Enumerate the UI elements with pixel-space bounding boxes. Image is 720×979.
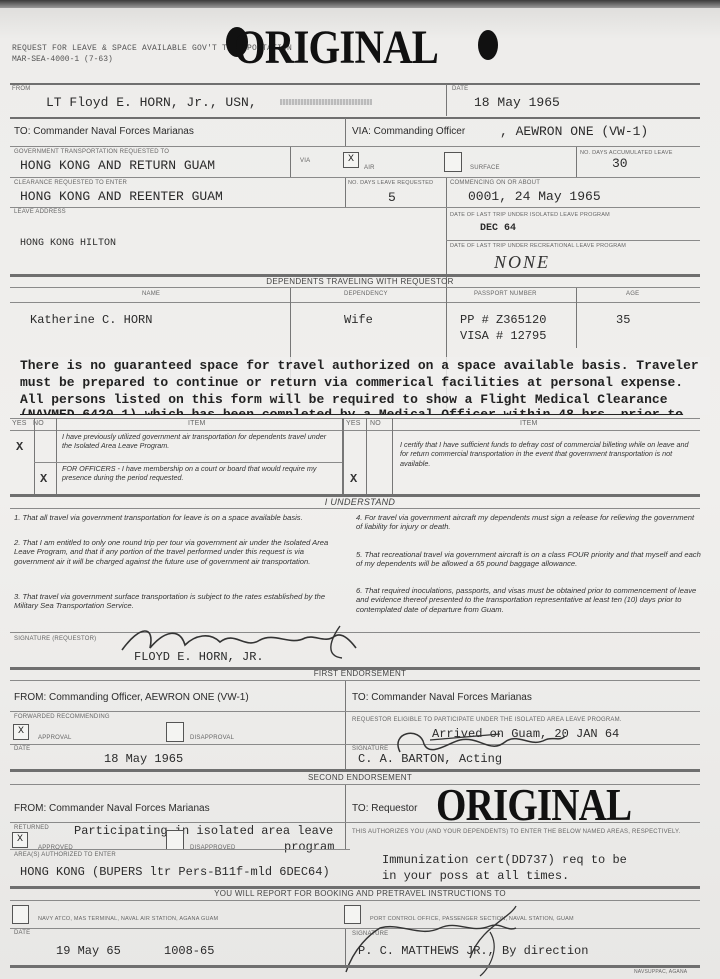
col-no-right: NO [370,420,381,427]
last-isolated-label: DATE OF LAST TRIP UNDER ISOLATED LEAVE P… [450,212,610,218]
from-label: FROM [12,86,30,92]
first-endorsement-from: FROM: Commanding Officer, AEWRON ONE (VW… [14,692,249,703]
from-value: LT Floyd E. HORN, Jr., USN, [46,95,257,110]
rule [10,965,700,968]
via-prefix: VIA: Commanding Officer [352,126,465,137]
right-item-1-yes[interactable]: X [350,472,357,486]
rule [10,117,700,119]
clearance-label: CLEARANCE REQUESTED TO ENTER [14,180,127,186]
notice-paragraph: There is no guaranteed space for travel … [20,357,710,415]
requestor-name: FLOYD E. HORN, JR. [134,650,264,664]
air-label: AIR [364,165,375,171]
returned-note-line-1: Participating in isolated area leave [74,824,333,838]
last-recreational-label: DATE OF LAST TRIP UNDER RECREATIONAL LEA… [450,243,626,249]
disapproval-label: DISAPPROVAL [190,735,234,741]
approval-label: APPROVAL [38,735,72,741]
divider [345,118,346,146]
col-item-right: ITEM [520,420,538,427]
rule [10,207,700,208]
col-dependency: DEPENDENCY [344,291,388,297]
redacted-block [280,99,372,105]
booking-date: 19 May 65 [56,944,121,958]
returned-label: RETURNED [14,825,49,831]
left-item-2-no[interactable]: X [40,472,47,486]
punch-hole-right [478,30,498,60]
divider [290,147,291,177]
dependent-passport: PP # Z365120 [460,313,546,327]
rule [10,769,700,772]
disapproved-label: DISAPPROVED [190,845,236,851]
dependent-visa: VISA # 12795 [460,329,546,343]
areas-label: AREA(S) AUTHORIZED TO ENTER [14,852,116,858]
understand-item-6: 6. That required inoculations, passports… [356,586,702,614]
original-stamp-top: ORIGINAL [234,20,438,75]
rule [34,462,342,463]
address-label: LEAVE ADDRESS [14,209,66,215]
footer-code: NAVSUPPAC, AGANA [634,969,687,975]
dependent-name: Katherine C. HORN [30,313,152,327]
second-endorsement-from: FROM: Commander Naval Forces Marianas [14,803,210,814]
rule [10,849,350,850]
understand-item-3: 3. That travel via government surface tr… [14,592,340,611]
surface-checkbox[interactable] [444,152,462,172]
col-name: NAME [142,291,160,297]
approved-checkbox[interactable]: X [12,832,28,848]
rule [10,177,700,178]
dependents-title: DEPENDENTS TRAVELING WITH REQUESTOR [0,277,720,286]
scan-edge [0,0,720,8]
option-left-label: NAVY ATCO, MAS TERMINAL, NAVAL AIR STATI… [38,916,218,922]
divider [576,147,577,177]
divider [345,785,346,849]
rule [10,287,700,288]
notice-line-1: There is no guaranteed space for travel … [20,357,710,374]
rule [10,508,700,509]
clearance-value: HONG KONG AND REENTER GUAM [20,189,223,204]
original-stamp-bottom: ORIGINAL [436,778,631,831]
understand-item-1: 1. That all travel via government transp… [14,513,340,522]
immunization-line-1: Immunization cert(DD737) req to be [382,853,627,867]
immunization-line-2: in your poss at all times. [382,869,569,883]
request-date: 18 May 1965 [474,95,560,110]
left-item-1-text: I have previously utilized government ai… [62,432,338,451]
col-item-left: ITEM [188,420,206,427]
rule [10,302,700,303]
right-item-1-text: I certify that I have sufficient funds t… [400,440,696,468]
address-value: HONG KONG HILTON [20,238,116,249]
disapproved-checkbox[interactable] [166,830,184,850]
divider [392,418,393,494]
rule [10,822,700,823]
left-item-1-yes[interactable]: X [16,440,23,454]
rule [10,418,700,419]
requestor-signature-label: SIGNATURE (Requestor) [14,636,96,642]
days-requested-value: 5 [388,190,396,205]
approved-label: APPROVED [38,845,73,851]
understand-item-2: 2. That I am entitled to only one round … [14,538,340,566]
rule [10,430,700,431]
col-passport: PASSPORT NUMBER [474,291,537,297]
to-value: TO: Commander Naval Forces Marianas [14,126,194,137]
col-age: AGE [626,291,639,297]
option-left-checkbox[interactable] [12,905,29,924]
surface-label: SURFACE [470,165,500,171]
divider [345,178,346,208]
notice-line-4-struck: (NAVMED 6420.1) which has been completed… [20,406,710,415]
first-endorsement-date: 18 May 1965 [104,752,183,766]
notice-line-2: must be prepared to continue or return v… [20,374,710,391]
rule [10,711,700,712]
rule [10,146,700,147]
rule [10,744,700,745]
gov-transport-label: GOVERNMENT TRANSPORTATION REQUESTED TO [14,149,169,155]
booking-date-label: DATE [14,930,30,936]
approval-checkbox[interactable]: X [13,724,29,740]
first-endorsement-title: FIRST ENDORSEMENT [0,669,720,678]
divider [34,418,35,494]
air-checkbox[interactable]: X [343,152,359,168]
divider [576,288,577,348]
rule [446,240,700,241]
divider [446,84,447,116]
booking-ref: 1008-65 [164,944,214,958]
booking-title: YOU WILL REPORT FOR BOOKING AND PRETRAVE… [0,889,720,898]
booking-signer: P. C. MATTHEWS JR., By direction [358,944,588,958]
understand-item-5: 5. That recreational travel via governme… [356,550,702,569]
last-isolated-value: DEC 64 [480,223,516,234]
dependent-age: 35 [616,313,630,327]
understand-title: I UNDERSTAND [0,497,720,507]
left-item-2-text: FOR OFFICERS - I have membership on a co… [62,464,338,483]
date-label: DATE [452,86,468,92]
form-number: MAR-SEA-4000-1 (7-63) [12,55,113,64]
form-page: REQUEST FOR LEAVE & SPACE AVAILABLE GOV'… [0,0,720,979]
accrued-leave-value: 30 [612,156,628,171]
commencing-value: 0001, 24 May 1965 [468,189,601,204]
via-value: , AEWRON ONE (VW-1) [500,124,648,139]
dependent-dependency: Wife [344,313,373,327]
divider [56,418,57,494]
rule [10,83,700,85]
via-label: VIA [300,158,310,164]
returned-note-line-2: program [284,840,334,854]
first-endorsement-to: TO: Commander Naval Forces Marianas [352,692,532,703]
disapproval-checkbox[interactable] [166,722,184,742]
col-yes-right: YES [346,420,361,427]
forwarded-label: FORWARDED RECOMMENDING [14,714,110,720]
divider [366,418,367,494]
rule [10,680,700,681]
col-yes-left: YES [12,420,27,427]
last-recreational-value: NONE [494,252,550,273]
days-requested-label: NO. DAYS LEAVE REQUESTED [348,180,433,186]
gov-transport-value: HONG KONG AND RETURN GUAM [20,158,215,173]
first-endorsement-date-label: DATE [14,746,30,752]
first-endorsement-signer: C. A. BARTON, Acting [358,752,502,766]
divider [342,418,344,494]
authorizes-text: THIS AUTHORIZES YOU (AND YOUR DEPENDENTS… [352,828,692,837]
second-endorsement-to: TO: Requestor [352,803,417,814]
areas-value: HONG KONG (BUPERS ltr Pers-B11f-mld 6DEC… [20,865,330,879]
understand-item-4: 4. For travel via government aircraft my… [356,513,702,532]
divider [345,681,346,769]
commencing-label: COMMENCING ON OR ABOUT [450,180,540,186]
